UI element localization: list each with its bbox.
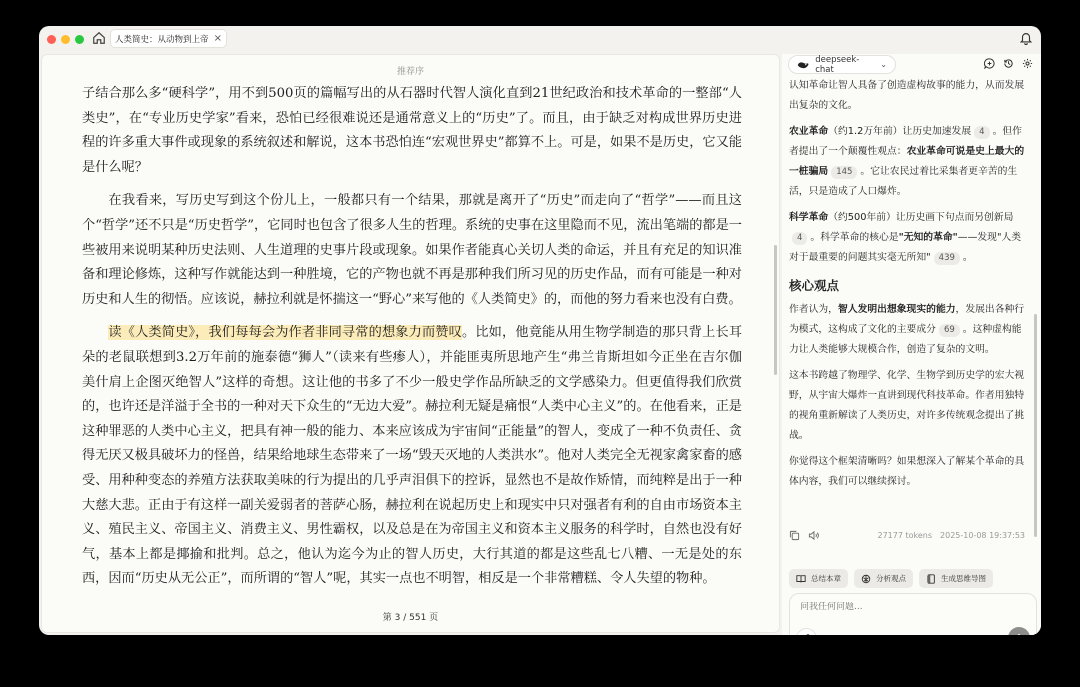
assistant-message: 认知革命让智人具备了创造虚构故事的能力，从而发展出复杂的文化。 农业革命（约1.… xyxy=(789,76,1025,498)
arrow-up-icon: ↑ xyxy=(1014,632,1023,636)
analyze-viewpoints-button[interactable]: 分析观点 xyxy=(854,569,913,588)
home-icon[interactable] xyxy=(92,31,106,45)
paragraph: 子结合那么多“硬科学”，用不到500页的篇幅写出的从石器时代智人演化直到21世纪… xyxy=(82,82,742,180)
brain-icon xyxy=(861,574,871,584)
message-heading: 核心观点 xyxy=(789,276,1025,296)
generate-mindmap-button[interactable]: 生成思维导图 xyxy=(919,569,993,588)
citation-badge[interactable]: 69 xyxy=(939,324,960,337)
chat-composer: ↑ xyxy=(789,593,1037,635)
deepseek-logo-icon xyxy=(797,60,809,70)
paragraph-text: 。比如，他竟能从用生物学制造的那只背上长耳朵的老鼠联想到3.2万年前的施泰德“狮… xyxy=(82,325,742,586)
reader-scrollbar[interactable] xyxy=(774,245,777,375)
message-paragraph: 这本书跨越了物理学、化学、生物学到历史学的宏大视野，从宇宙大爆炸一直讲到现代科技… xyxy=(789,366,1025,446)
paragraph: 读《人类简史》，我们每每会为作者非同寻常的想象力而赞叹。比如，他竟能从用生物学制… xyxy=(82,321,742,592)
bell-icon[interactable] xyxy=(1019,31,1033,45)
message-paragraph: 科学革命（约500年前）让历史画下句点而另创新局4。科学革命的核心是"无知的革命… xyxy=(789,208,1025,268)
citation-badge[interactable]: 439 xyxy=(934,252,960,265)
model-selector[interactable]: deepseek-chat ⌄ xyxy=(788,55,896,74)
message-paragraph: 认知革命让智人具备了创造虚构故事的能力，从而发展出复杂的文化。 xyxy=(789,76,1025,116)
citation-badge[interactable]: 4 xyxy=(974,126,989,139)
page-indicator: 第 3 / 551 页 xyxy=(42,610,779,623)
settings-icon[interactable] xyxy=(1022,58,1033,69)
paragraph: 在我看来，写历史写到这个份儿上，一般都只有一个结果，那就是离开了“历史”而走向了… xyxy=(82,189,742,312)
new-chat-icon[interactable] xyxy=(984,58,995,69)
message-paragraph: 作者认为，智人发明出想象现实的能力，发展出各种行为模式，这构成了文化的主要成分6… xyxy=(789,300,1025,360)
notebook-icon xyxy=(926,574,936,584)
citation-badge[interactable]: 4 xyxy=(792,232,807,245)
speaker-icon[interactable] xyxy=(808,530,819,541)
highlighted-text[interactable]: 读《人类简史》，我们每每会为作者非同寻常的想象力而赞叹 xyxy=(108,325,462,340)
book-icon xyxy=(796,574,806,584)
summarize-chapter-button[interactable]: 总结本章 xyxy=(789,569,848,588)
message-paragraph: 农业革命（约1.2万年前）让历史加速发展4。但作者提出了一个颠覆性观点：农业革命… xyxy=(789,122,1025,202)
chat-scrollbar[interactable] xyxy=(1034,314,1037,537)
attach-button[interactable] xyxy=(796,628,817,635)
maximize-window-button[interactable] xyxy=(75,35,84,44)
tab-label: 人类简史：从动物到上帝 xyxy=(115,33,211,45)
titlebar: 人类简史：从动物到上帝 × xyxy=(39,26,1041,52)
ai-side-panel: deepseek-chat ⌄ 认知革命让智人具备了创造虚构故事的能力，从而发展… xyxy=(782,54,1041,635)
message-meta: 27177 tokens 2025-10-08 19:37:53 xyxy=(789,528,1025,542)
chapter-header: 推荐序 xyxy=(42,64,779,77)
paperclip-icon xyxy=(801,633,812,635)
close-window-button[interactable] xyxy=(47,35,56,44)
reader-pane: 推荐序 子结合那么多“硬科学”，用不到500页的篇幅写出的从石器时代智人演化直到… xyxy=(41,54,780,633)
page-content: 子结合那么多“硬科学”，用不到500页的篇幅写出的从石器时代智人演化直到21世纪… xyxy=(82,82,742,601)
send-button[interactable]: ↑ xyxy=(1008,627,1030,635)
app-window: 人类简史：从动物到上帝 × 推荐序 子结合那么多“硬科学”，用不到500页的篇幅… xyxy=(39,26,1041,635)
model-name: deepseek-chat xyxy=(815,55,874,75)
chat-input[interactable] xyxy=(800,602,1020,612)
tab-book[interactable]: 人类简史：从动物到上帝 × xyxy=(110,29,227,48)
chevron-down-icon: ⌄ xyxy=(880,60,887,69)
tab-close-icon[interactable]: × xyxy=(214,33,222,44)
message-timestamp: 2025-10-08 19:37:53 xyxy=(940,531,1025,540)
quick-actions: 总结本章 分析观点 生成思维导图 xyxy=(789,569,993,588)
history-icon[interactable] xyxy=(1003,58,1014,69)
token-count: 27177 tokens xyxy=(878,531,933,540)
message-paragraph: 你觉得这个框架清晰吗？如果想深入了解某个革命的具体内容，我们可以继续探讨。 xyxy=(789,452,1025,492)
copy-icon[interactable] xyxy=(789,530,800,541)
citation-badge[interactable]: 145 xyxy=(831,166,857,179)
minimize-window-button[interactable] xyxy=(61,35,70,44)
